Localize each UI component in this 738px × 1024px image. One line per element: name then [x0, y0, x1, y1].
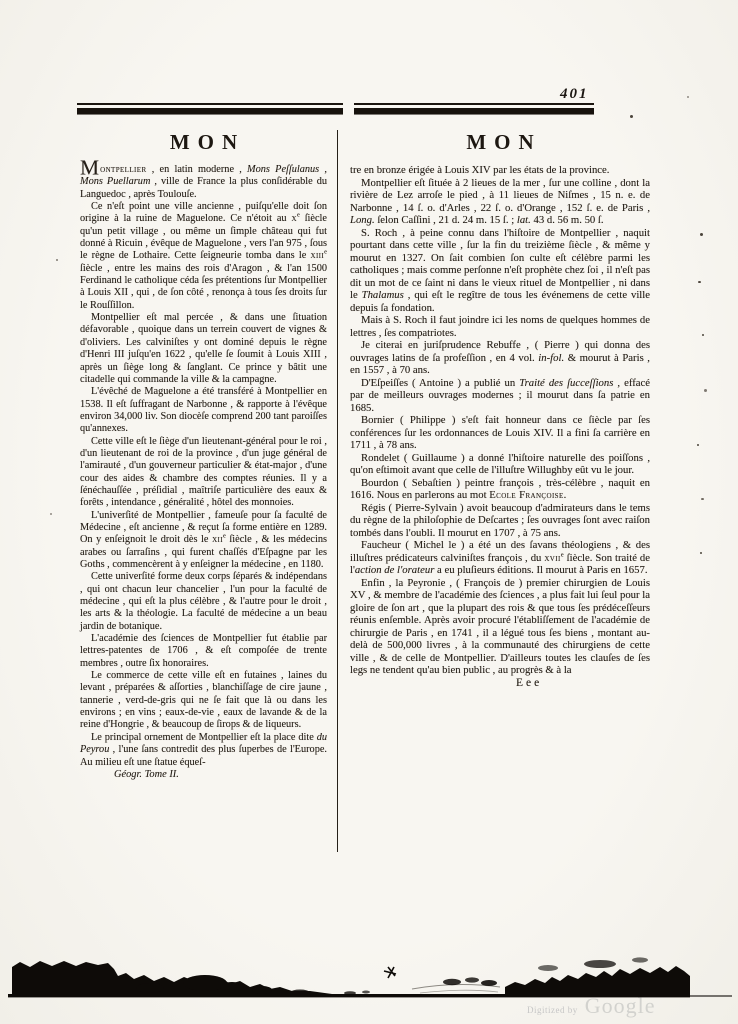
paragraph: Le principal ornement de Montpellier eſt… [80, 732, 327, 769]
tome-note: Géogr. Tome II. [80, 769, 327, 781]
column-gutter [327, 130, 337, 852]
noise-speck [698, 281, 701, 283]
noise-speck [56, 259, 58, 261]
paragraph: Cette ville eſt le ſiège d'un lieutenant… [80, 436, 327, 510]
paragraph: Ce n'eſt point une ville ancienne , puiſ… [80, 201, 327, 312]
noise-speck [702, 334, 704, 336]
paragraph: Montpellier eſt ſituée à 2 lieues de la … [350, 177, 650, 227]
noise-speck [700, 233, 703, 236]
paragraph: Bourdon ( Sebaſtien ) peintre françois ,… [350, 477, 650, 502]
page-number: 401 [560, 86, 589, 103]
paragraph: Bornier ( Philippe ) s'eſt fait honneur … [350, 414, 650, 452]
paragraph: Cette univerſité forme deux corps ſéparé… [80, 571, 327, 633]
paragraph: L'académie des ſciences de Montpellier f… [80, 633, 327, 670]
paragraph: S. Roch , à peine connu dans l'hiſtoire … [350, 227, 650, 315]
scanned-book-page: 401 MON Montpellier , en latin moderne ,… [0, 0, 738, 1024]
paragraph: tre en bronze érigée à Louis XIV par les… [350, 164, 650, 177]
noise-speck [50, 513, 52, 515]
header-double-rule [77, 103, 594, 116]
watermark-prefix: Digitized by [527, 1005, 578, 1015]
google-logo: Google [585, 993, 656, 1019]
paragraph: Enfin , la Peyronie , ( François de ) pr… [350, 577, 650, 677]
noise-speck [700, 552, 702, 554]
paragraph: Mais à S. Roch il faut joindre ici les n… [350, 314, 650, 339]
paragraph: Montpellier eſt mal percée , & dans une … [80, 312, 327, 386]
paragraph: Le commerce de cette ville eſt en futain… [80, 670, 327, 732]
noise-speck [697, 444, 699, 446]
digitization-watermark: Digitized by Google [527, 993, 656, 1019]
column-right: MON tre en bronze érigée à Louis XIV par… [350, 130, 650, 852]
noise-speck [630, 115, 633, 118]
paragraph: L'univerſité de Montpellier , fameuſe po… [80, 510, 327, 572]
signature-mark: Eee [350, 677, 650, 690]
right-column-text: tre en bronze érigée à Louis XIV par les… [350, 164, 650, 677]
paragraph: Je citerai en juriſprudence Rebuffe , ( … [350, 339, 650, 377]
running-head-left: MON [80, 130, 327, 155]
noise-speck [701, 498, 704, 500]
paragraph: D'Eſpeiſſes ( Antoine ) a publié un Trai… [350, 377, 650, 415]
paragraph: Montpellier , en latin moderne , Mons Pe… [80, 164, 327, 201]
text-columns: MON Montpellier , en latin moderne , Mon… [80, 130, 650, 852]
left-column-text: Montpellier , en latin moderne , Mons Pe… [80, 164, 327, 769]
noise-speck [687, 96, 689, 98]
paragraph: Régis ( Pierre-Sylvain ) avoit beaucoup … [350, 502, 650, 540]
column-left: MON Montpellier , en latin moderne , Mon… [80, 130, 327, 852]
rule-segment-left [77, 103, 343, 116]
paragraph: Rondelet ( Guillaume ) a donné l'hiſtoir… [350, 452, 650, 477]
paragraph: Faucheur ( Michel le ) a été un des ſava… [350, 539, 650, 577]
running-head-right: MON [350, 130, 650, 155]
rule-segment-right [354, 103, 594, 116]
paragraph: L'évêché de Maguelone a été transféré à … [80, 386, 327, 435]
noise-speck [704, 389, 707, 392]
column-gutter [338, 130, 350, 852]
